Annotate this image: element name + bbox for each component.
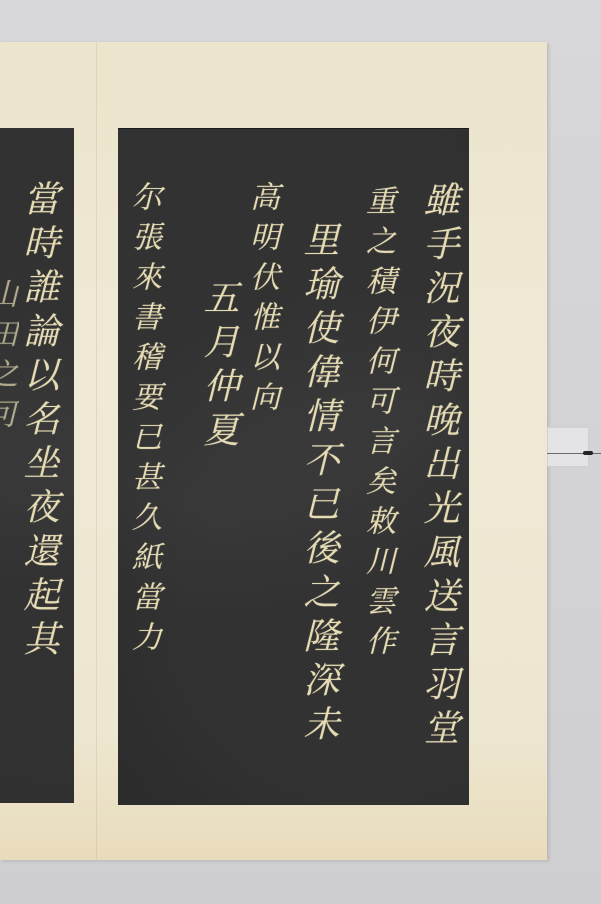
calligraphy-column: 雖手況夜時晚出光風送言羽堂 bbox=[420, 181, 456, 753]
calligraphy-column: 山田之可 bbox=[0, 278, 14, 438]
rubbing-panel-right: 雖手況夜時晚出光風送言羽堂 重之積伊何可言矣敕川雲作 里瑜使偉情不已後之隆深未 … bbox=[118, 128, 469, 805]
calligraphy-column: 尔張來書稽要已甚久紙當力 bbox=[128, 181, 158, 661]
calligraphy-column: 重之積伊何可言矣敕川雲作 bbox=[362, 185, 392, 665]
tab-knot bbox=[583, 451, 593, 455]
calligraphy-column: 高明伏惟以向 bbox=[246, 181, 276, 421]
calligraphy-column: 里瑜使偉情不已後之隆深未 bbox=[300, 221, 336, 749]
calligraphy-column: 當時誰論以名坐夜還起其 bbox=[20, 180, 56, 664]
rubbing-panel-left: 當時誰論以名坐夜還起其 山田之可 bbox=[0, 128, 74, 803]
page-fold-line bbox=[96, 42, 97, 860]
calligraphy-column: 五月仲夏 bbox=[200, 279, 236, 455]
page-tab bbox=[547, 427, 589, 467]
